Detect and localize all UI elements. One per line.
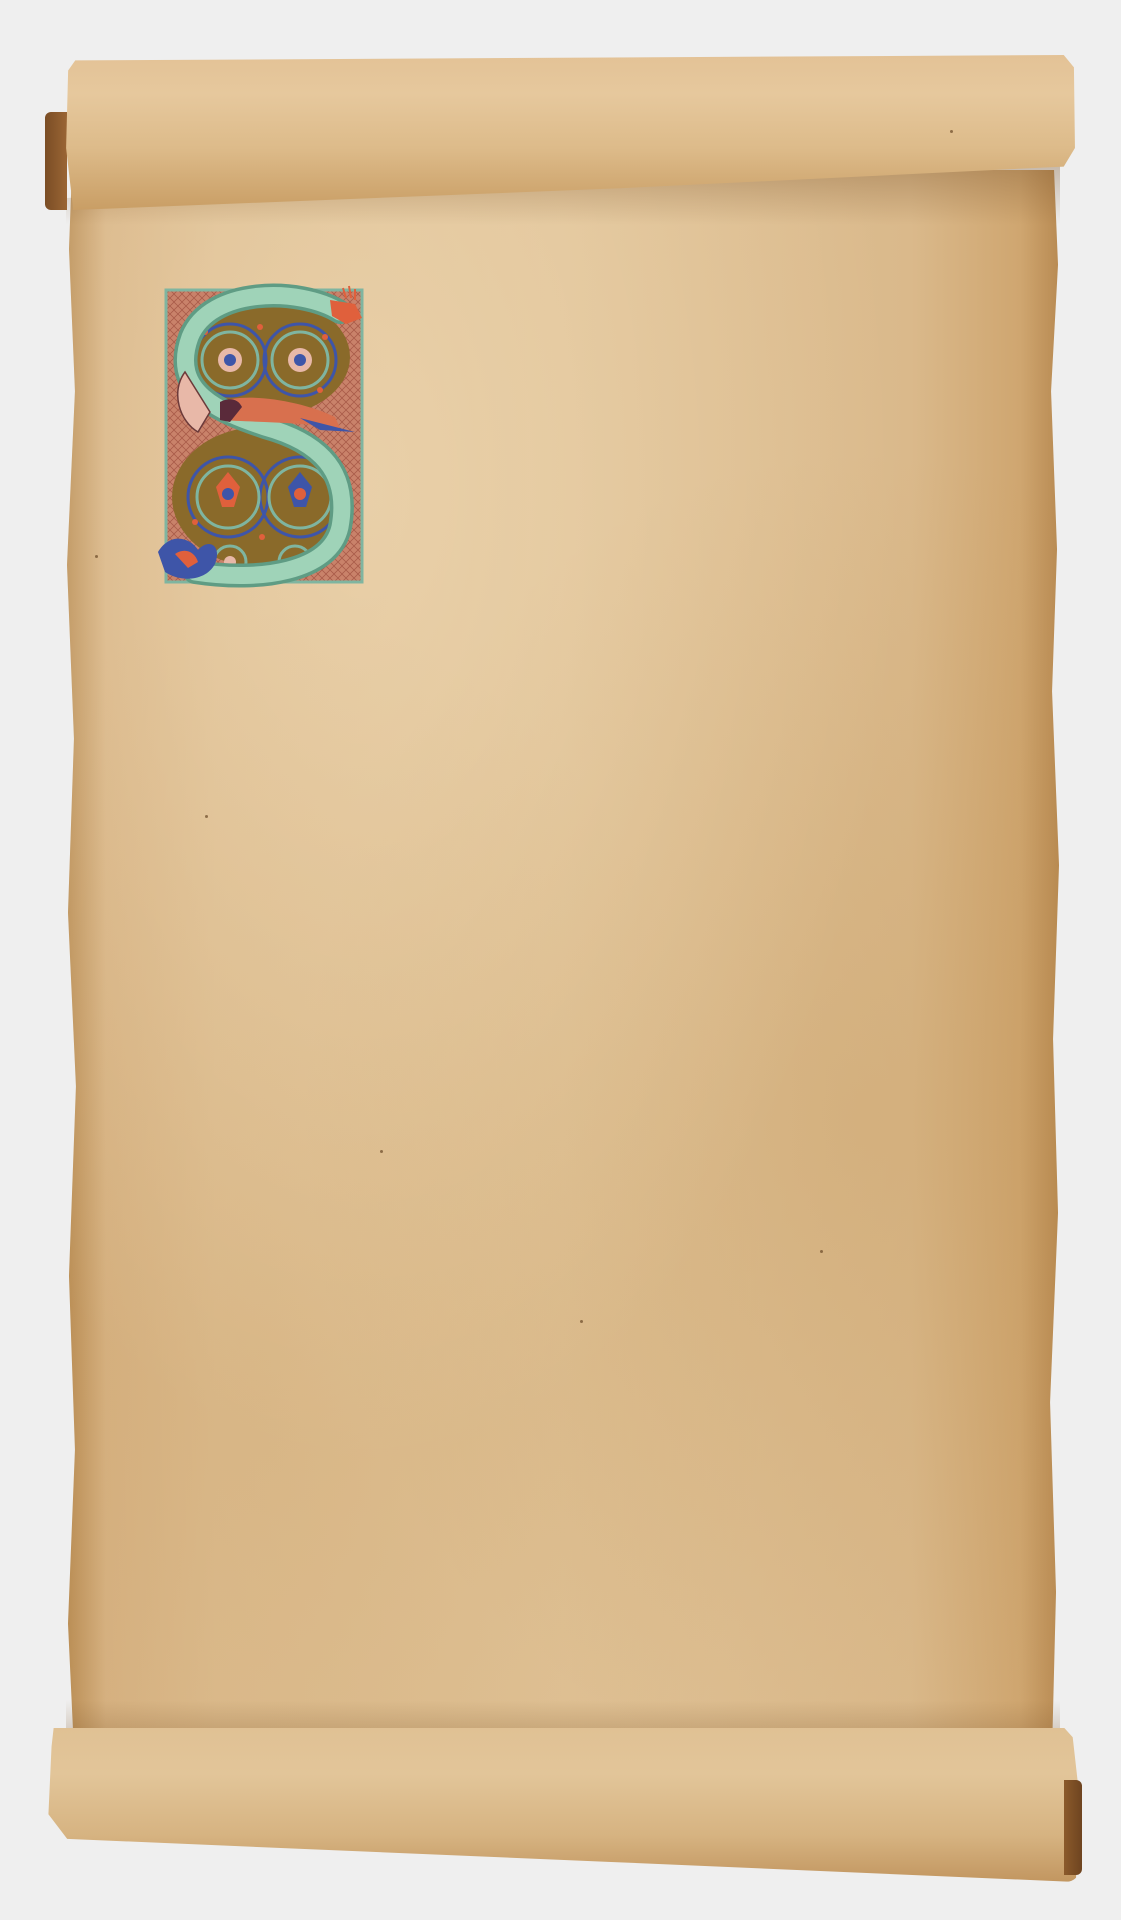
parchment-speck [95, 555, 98, 558]
top-roll-end [45, 112, 67, 210]
bottom-roll [38, 1728, 1080, 1882]
parchment-speck [950, 130, 953, 133]
illuminated-initial-s [150, 282, 368, 592]
illuminated-initial-s-icon [150, 282, 368, 592]
parchment-scroll [0, 0, 1121, 1920]
parchment-speck [820, 1250, 823, 1253]
parchment-speck [205, 815, 208, 818]
parchment-speck [380, 1150, 383, 1153]
bottom-roll-end [1064, 1780, 1082, 1875]
parchment-speck [580, 1320, 583, 1323]
